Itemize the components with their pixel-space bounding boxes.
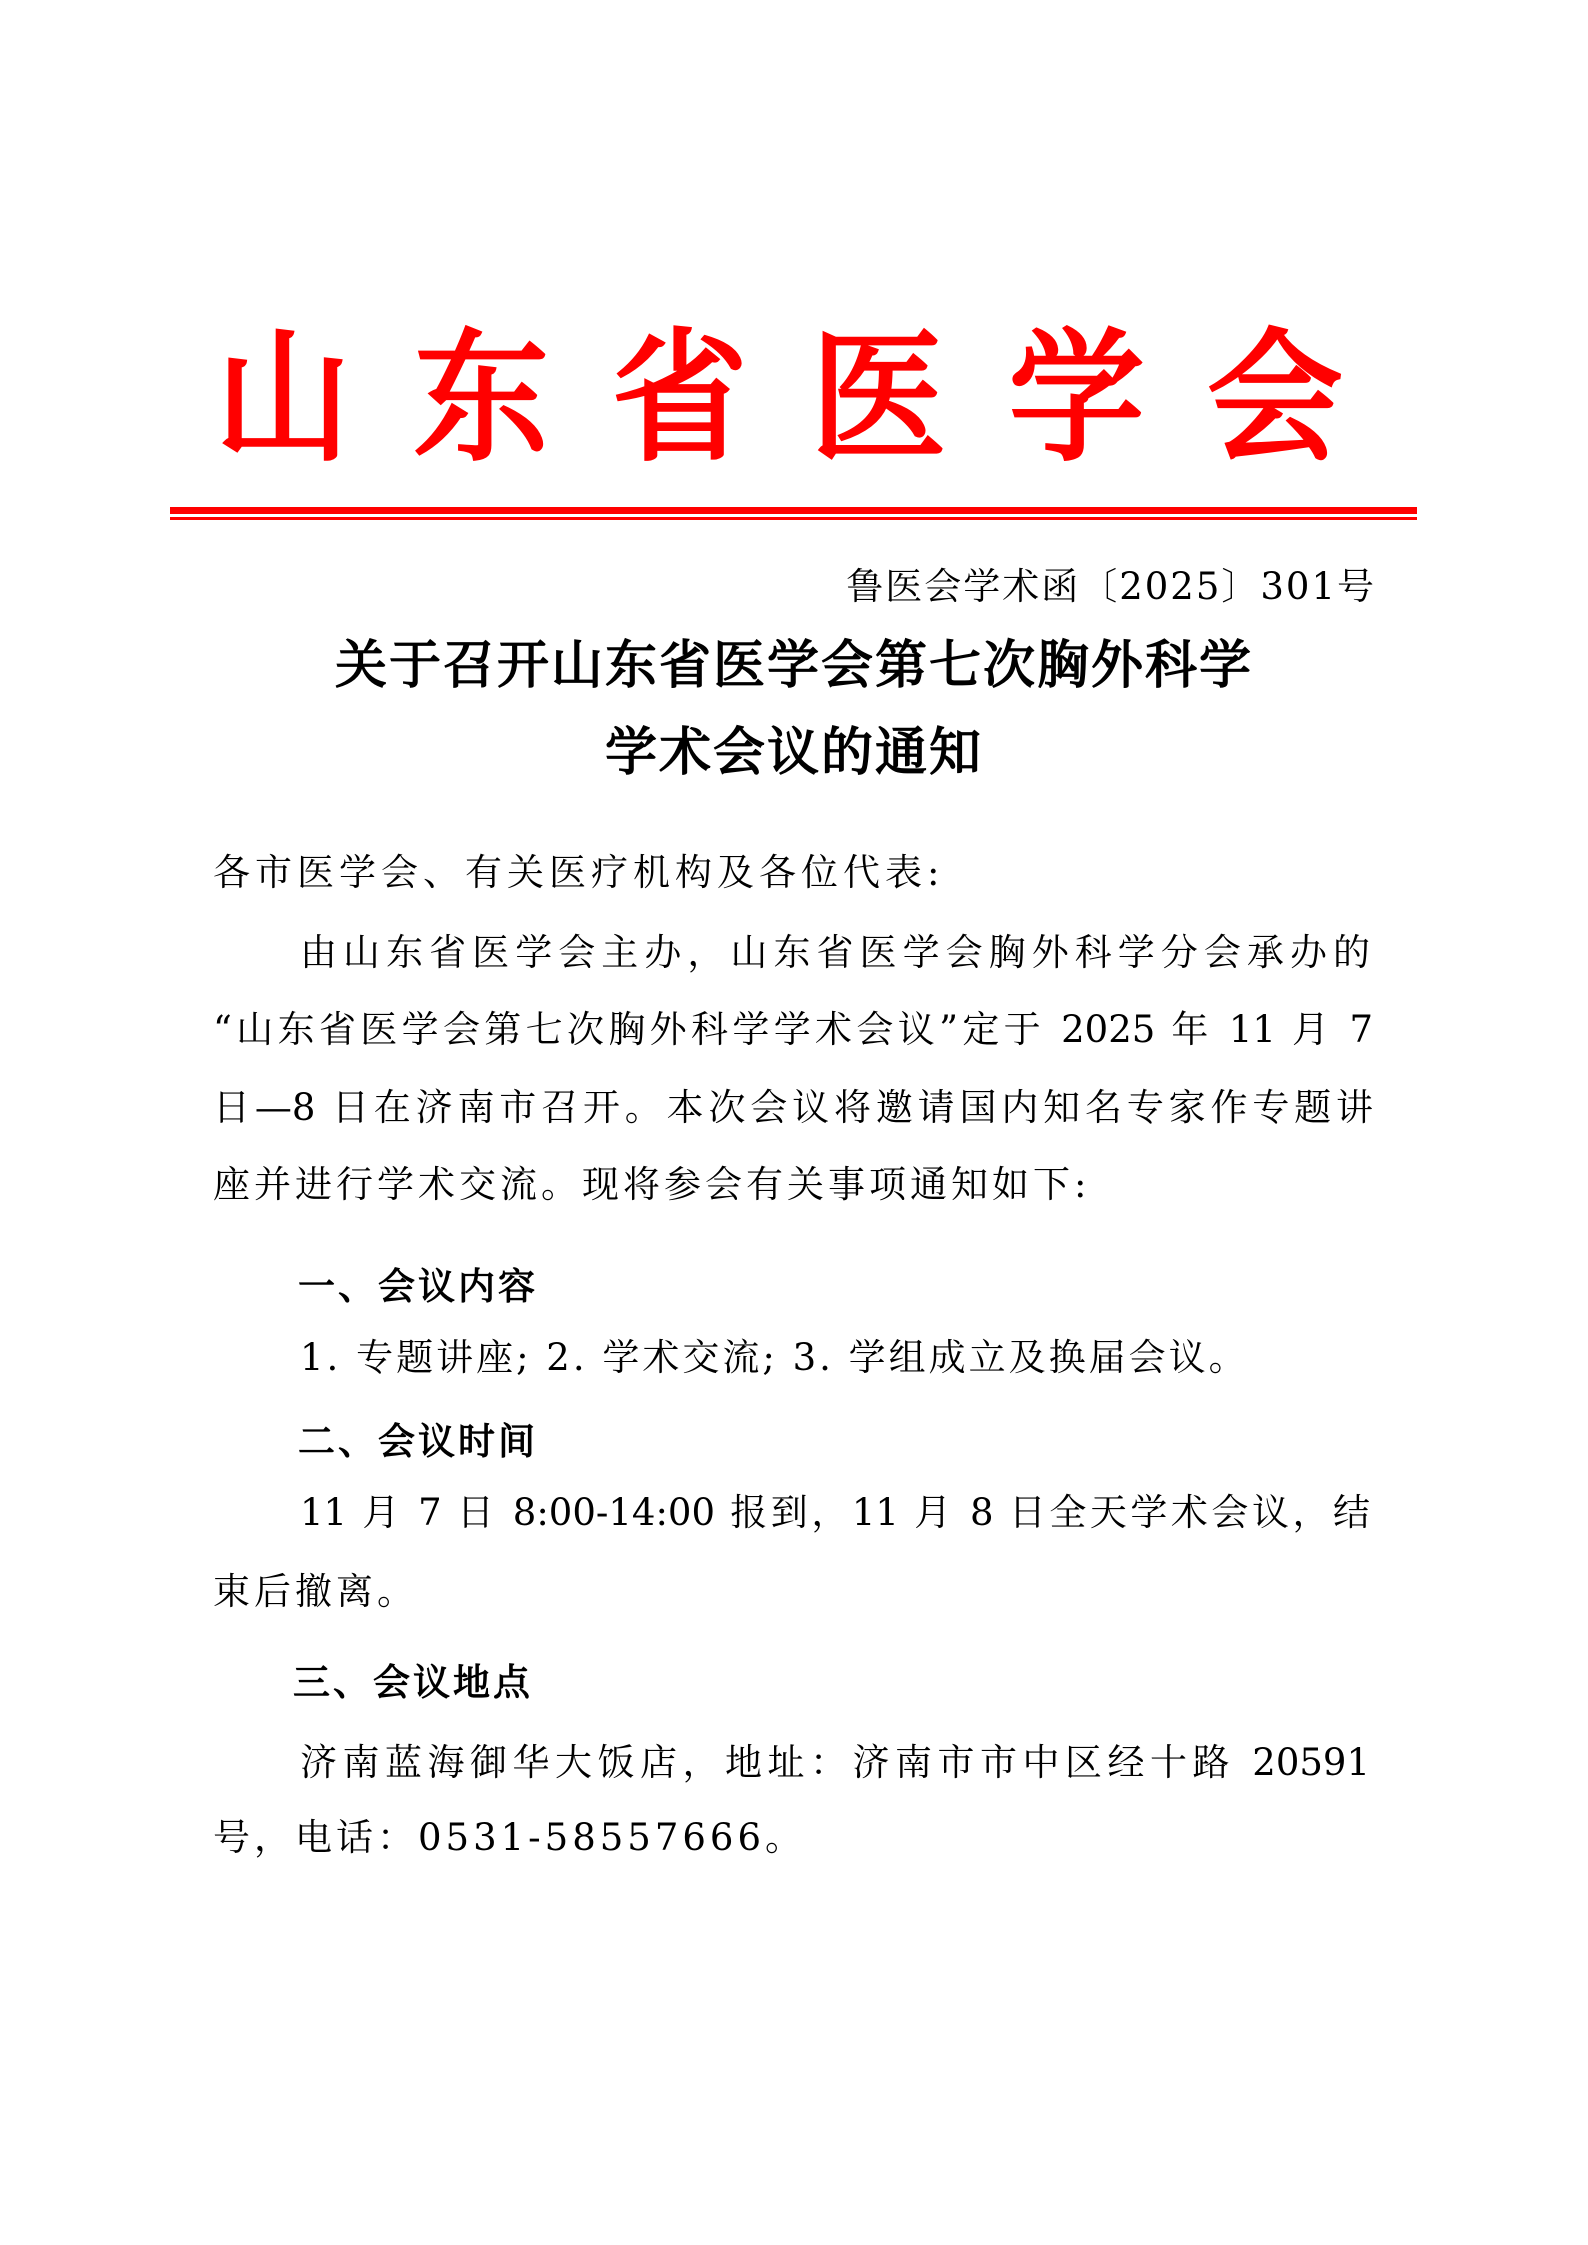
masthead-char: 医 [810, 314, 938, 482]
intro-line: 由山东省医学会主办，山东省医学会胸外科学分会承办的 [300, 928, 1370, 978]
masthead-char: 会 [1207, 314, 1335, 482]
masthead-divider-thin [170, 517, 1417, 520]
intro-line: 座并进行学术交流。现将参会有关事项通知如下: [213, 1160, 1373, 1210]
intro-line: “山东省医学会第七次胸外科学学术会议”定于 2025 年 11 月 7 [213, 1005, 1373, 1055]
masthead-char: 省 [612, 314, 740, 482]
section-heading-time: 二、会议时间 [298, 1417, 538, 1467]
masthead-divider-thick [170, 507, 1417, 514]
masthead-char: 学 [1009, 314, 1137, 482]
section-heading-venue: 三、会议地点 [293, 1658, 533, 1708]
section-line: 束后撤离。 [213, 1567, 1373, 1617]
document-title-line-1: 关于召开山东省医学会第七次胸外科学 [200, 636, 1388, 696]
section-line: 1. 专题讲座; 2. 学术交流; 3. 学组成立及换届会议。 [300, 1333, 1370, 1383]
masthead-char: 山 [215, 314, 343, 482]
document-title-line-2: 学术会议的通知 [200, 723, 1388, 783]
masthead: 山 东 省 医 学 会 [215, 318, 1335, 478]
document-number: 鲁医会学术函〔2025〕301号 [846, 562, 1376, 612]
salutation: 各市医学会、有关医疗机构及各位代表: [213, 848, 1373, 898]
intro-line: 日—8 日在济南市召开。本次会议将邀请国内知名专家作专题讲 [213, 1083, 1373, 1133]
section-line: 济南蓝海御华大饭店，地址：济南市市中区经十路 20591 [300, 1738, 1370, 1788]
masthead-char: 东 [413, 314, 541, 482]
section-line: 11 月 7 日 8:00-14:00 报到，11 月 8 日全天学术会议，结 [300, 1488, 1370, 1538]
section-line: 号，电话：0531-58557666。 [213, 1813, 1373, 1863]
section-heading-content: 一、会议内容 [298, 1262, 538, 1312]
document-page: 山 东 省 医 学 会 鲁医会学术函〔2025〕301号 关于召开山东省医学会第… [0, 0, 1588, 2245]
